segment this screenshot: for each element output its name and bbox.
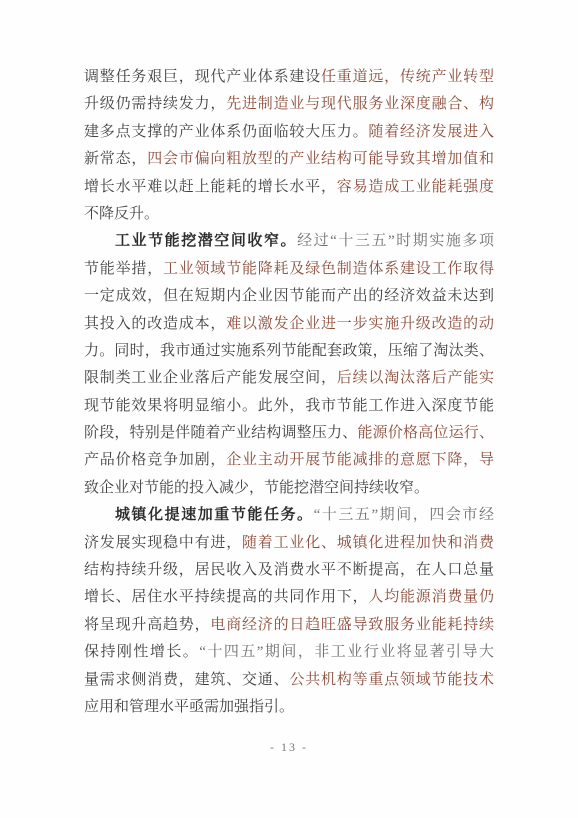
text-line: 调整任务艰巨，现代产业体系建设任重道远，传统产业转型 <box>84 64 494 91</box>
text-line: 节能举措，工业领域节能降耗及绿色制造体系建设工作取得 <box>84 256 494 283</box>
text-run: 新常态， <box>84 151 147 167</box>
text-run: 调整任务艰巨，现代产业体系建设 <box>84 69 321 85</box>
text-run: 工业领域节能降耗及绿色制造体系建设工作取得 <box>163 261 494 277</box>
text-run: 力。同时，我市通过实施系列节能配套政策，压缩了淘汰类、 <box>84 343 494 359</box>
text-run: 增长、居住水平持续提高的共同作用下， <box>84 589 368 605</box>
text-run: 难以激发企业进一步实施升级改造的动 <box>226 316 494 332</box>
text-line: 增长水平难以赶上能耗的增长水平，容易造成工业能耗强度 <box>84 174 494 201</box>
document-body: 调整任务艰巨，现代产业体系建设任重道远，传统产业转型升级仍需持续发力，先进制造业… <box>84 64 494 721</box>
text-run: 能源价格高位运行、 <box>357 425 494 441</box>
text-line: 结构持续升级，居民收入及消费水平不断提高，在人口总量 <box>84 557 494 584</box>
text-run: 随着工业化、城镇化进程加快和消费 <box>242 535 494 551</box>
text-run: 阶段，特别是伴随着产业结构调整压力、 <box>84 425 357 441</box>
text-run: 量需求侧消费，建筑、交通、 <box>84 672 289 688</box>
text-run: 不降反升。 <box>84 206 159 222</box>
text-run: 企业主动开展节能减排的意愿下降，导 <box>226 452 494 468</box>
text-line: 建多点支撑的产业体系仍面临较大压力。随着经济发展进入 <box>84 119 494 146</box>
text-run: 应用和管理水平亟需加强指引。 <box>84 699 294 715</box>
text-run: 将呈现升高趋势， <box>84 617 210 633</box>
text-line: 量需求侧消费，建筑、交通、公共机构等重点领域节能技术 <box>84 667 494 694</box>
text-line: 将呈现升高趋势，电商经济的日趋旺盛导致服务业能耗持续 <box>84 612 494 639</box>
text-run: 容易造成工业能耗强度 <box>337 179 494 195</box>
text-run: 结构持续升级，居民收入及消费水平不断提高，在人口总量 <box>84 562 494 578</box>
text-run: 城镇化提速加重节能任务。 <box>115 507 314 523</box>
document-page: 调整任务艰巨，现代产业体系建设任重道远，传统产业转型升级仍需持续发力，先进制造业… <box>0 0 578 818</box>
text-line: 一定成效，但在短期内企业因节能而产出的经济效益未达到 <box>84 283 494 310</box>
text-run: 后续以淘汰落后产能实 <box>337 370 494 386</box>
text-run: 限制类工业企业落后产能发展空间， <box>84 370 337 386</box>
text-run: “十三五”期间，四会市经 <box>314 507 494 523</box>
text-run: 其投入的改造成本， <box>84 316 226 332</box>
text-run: 人均能源消费量仍 <box>368 589 494 605</box>
text-run: 增长水平难以赶上能耗的增长水平， <box>84 179 337 195</box>
text-run: 四会市偏向粗放型的产业结构可能导致其增加值和 <box>147 151 494 167</box>
text-line: 应用和管理水平亟需加强指引。 <box>84 694 494 721</box>
text-run: 任重道远，传统产业转型 <box>321 69 494 85</box>
text-run: 升级仍需持续发力， <box>84 96 226 112</box>
text-line: 致企业对节能的投入减少，节能挖潜空间持续收窄。 <box>84 475 494 502</box>
text-line: 新常态，四会市偏向粗放型的产业结构可能导致其增加值和 <box>84 146 494 173</box>
text-line: 保持刚性增长。“十四五”期间，非工业行业将显著引导大 <box>84 639 494 666</box>
text-run: 随着经济发展进入 <box>368 124 494 140</box>
text-line: 阶段，特别是伴随着产业结构调整压力、能源价格高位运行、 <box>84 420 494 447</box>
text-run: 先进制造业与现代服务业深度融合、构 <box>226 96 494 112</box>
page-number: - 13 - <box>0 740 578 755</box>
text-run: 公共机构等重点领域节能技术 <box>289 672 494 688</box>
text-run: 济发展实现稳中有进， <box>84 535 242 551</box>
text-run: 电商经济的日趋旺盛导致服务业能耗持续 <box>210 617 494 633</box>
text-line: 限制类工业企业落后产能发展空间，后续以淘汰落后产能实 <box>84 365 494 392</box>
text-line: 城镇化提速加重节能任务。“十三五”期间，四会市经 <box>84 502 494 529</box>
text-line: 产品价格竞争加剧，企业主动开展节能减排的意愿下降，导 <box>84 447 494 474</box>
text-run: 致企业对节能的投入减少，节能挖潜空间持续收窄。 <box>84 480 429 496</box>
text-line: 力。同时，我市通过实施系列节能配套政策，压缩了淘汰类、 <box>84 338 494 365</box>
text-run: 保持刚性增长。 <box>84 644 199 660</box>
text-line: 其投入的改造成本，难以激发企业进一步实施升级改造的动 <box>84 311 494 338</box>
text-run: 工业节能挖潜空间收窄。 <box>115 233 297 249</box>
text-run: “十四五”期间，非工业行业将显著引导大 <box>199 644 494 660</box>
text-line: 增长、居住水平持续提高的共同作用下，人均能源消费量仍 <box>84 584 494 611</box>
text-run: 节能举措， <box>84 261 163 277</box>
text-run: 经过“十三五”时期实施多项 <box>297 233 494 249</box>
text-line: 升级仍需持续发力，先进制造业与现代服务业深度融合、构 <box>84 91 494 118</box>
text-line: 不降反升。 <box>84 201 494 228</box>
text-line: 济发展实现稳中有进，随着工业化、城镇化进程加快和消费 <box>84 530 494 557</box>
text-run: 建多点支撑的产业体系仍面临较大压力。 <box>84 124 368 140</box>
text-run: 一定成效，但在短期内企业因节能而产出的经济效益未达到 <box>84 288 494 304</box>
text-line: 现节能效果将明显缩小。此外，我市节能工作进入深度节能 <box>84 393 494 420</box>
text-run: 现节能效果将明显缩小。此外，我市节能工作进入深度节能 <box>84 398 494 414</box>
text-line: 工业节能挖潜空间收窄。经过“十三五”时期实施多项 <box>84 228 494 255</box>
text-run: 产品价格竞争加剧， <box>84 452 226 468</box>
